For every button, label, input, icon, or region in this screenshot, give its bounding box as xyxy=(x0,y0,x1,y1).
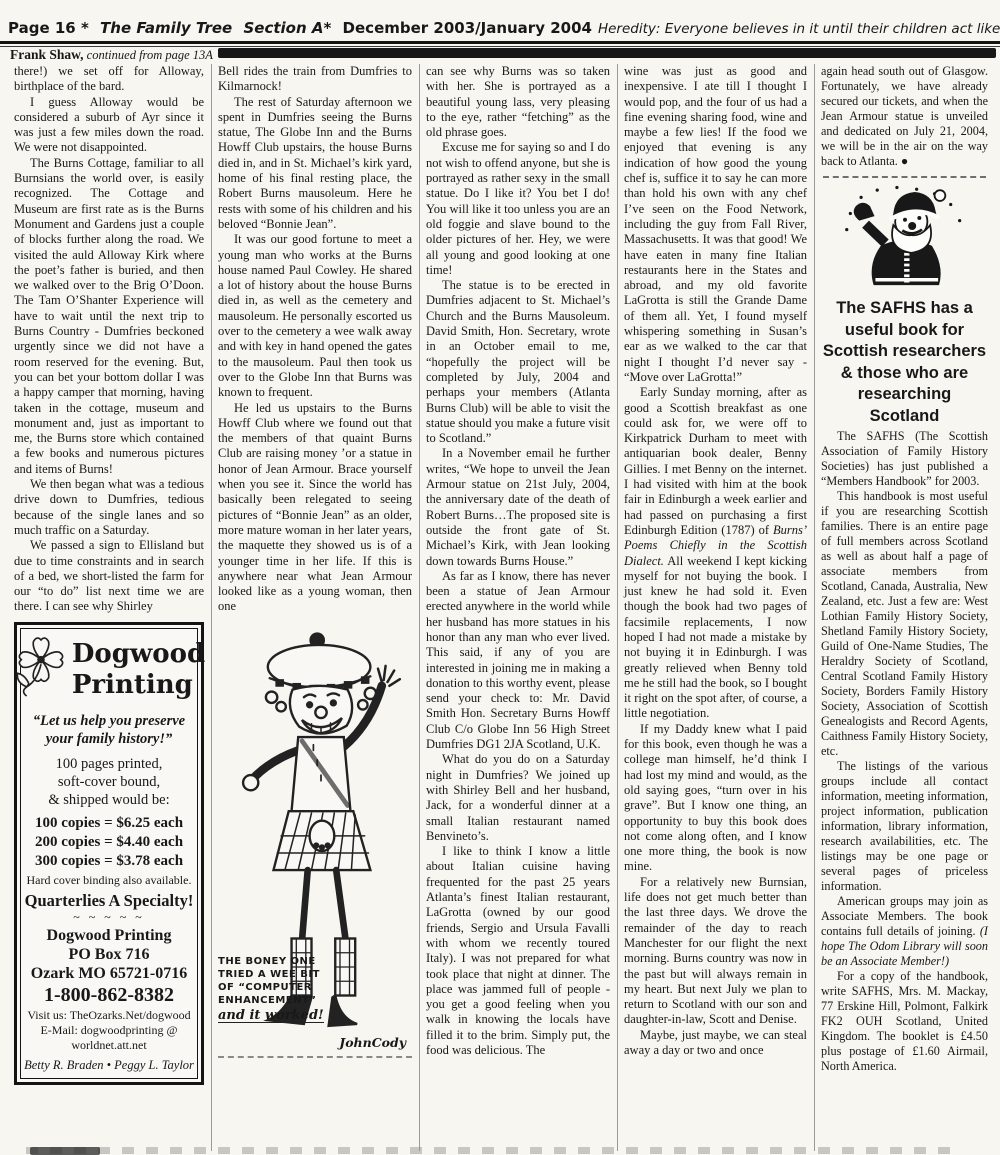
dogwood-printing-ad: Dogwood Printing “Let us help you preser… xyxy=(14,622,204,1086)
column-2: Bell rides the train from Dumfries to Ki… xyxy=(211,64,419,1151)
ad-price-row: 200 copies = $4.40 each xyxy=(24,833,194,852)
article-paragraph: As far as I know, there has never been a… xyxy=(426,569,610,753)
article-paragraph: Maybe, just maybe, we can steal away a d… xyxy=(624,1028,807,1059)
ad-hardcover-note: Hard cover binding also available. xyxy=(24,873,194,888)
ad-inner-border: Dogwood Printing “Let us help you preser… xyxy=(20,628,198,1080)
ad-email-line: E-Mail: dogwoodprinting @ xyxy=(24,1023,194,1038)
ad-tilde-divider: ~ ~ ~ ~ ~ xyxy=(24,910,194,925)
publication-name: The Family Tree xyxy=(100,19,232,37)
safhs-paragraph: American groups may join as Associate Me… xyxy=(821,894,988,969)
article-paragraph: It was our good fortune to meet a young … xyxy=(218,232,412,400)
masthead-rule-thick xyxy=(0,41,1000,44)
ad-offer: 100 pages printed, soft-cover bound, & s… xyxy=(24,755,194,809)
article-paragraph: Excuse me for saying so and I do not wis… xyxy=(426,140,610,278)
article-paragraph: He led us upstairs to the Burns Howff Cl… xyxy=(218,401,412,615)
ad-logo: Dogwood Printing xyxy=(24,635,194,705)
issue-date: December 2003/January 2004 xyxy=(343,19,592,37)
safhs-paragraph: For a copy of the handbook, write SAFHS,… xyxy=(821,969,988,1074)
safhs-paragraph: The listings of the various groups inclu… xyxy=(821,759,988,894)
ad-slogan: “Let us help you preserve your family hi… xyxy=(24,712,194,748)
article-paragraph: Bell rides the train from Dumfries to Ki… xyxy=(218,64,412,95)
ad-owners: Betty R. Braden • Peggy L. Taylor xyxy=(24,1058,194,1073)
article-paragraph: The Burns Cottage, familiar to all Burns… xyxy=(14,156,204,477)
article-columns: there!) we set off for Alloway, birthpla… xyxy=(8,64,995,1151)
article-paragraph: We then began what was a tedious drive d… xyxy=(14,477,204,538)
ad-email-line2: worldnet.att.net xyxy=(24,1038,194,1053)
article-paragraph: What do you do on a Saturday night in Du… xyxy=(426,752,610,844)
article-paragraph: The statue is to be erected in Dumfries … xyxy=(426,278,610,446)
ad-price-row: 100 copies = $6.25 each xyxy=(24,814,194,833)
article-paragraph: We passed a sign to Ellisland but due to… xyxy=(14,538,204,614)
ad-title: Dogwood Printing xyxy=(72,639,205,701)
page-number: Page 16 * xyxy=(8,19,89,37)
dogwood-flower-icon xyxy=(13,635,69,705)
column-4: wine was just as good and inexpensive. I… xyxy=(617,64,814,1151)
ad-price-list: 100 copies = $6.25 each 200 copies = $4.… xyxy=(24,814,194,871)
scan-artifact-band xyxy=(218,48,996,58)
article-paragraph: wine was just as good and inexpensive. I… xyxy=(624,64,807,385)
article-paragraph: I like to think I know a little about It… xyxy=(426,844,610,1058)
safhs-paragraph: This handbook is most useful if you are … xyxy=(821,489,988,759)
newspaper-page: Page 16 * The Family Tree Section A* Dec… xyxy=(0,0,1000,1155)
ad-specialty: Quarterlies A Specialty! xyxy=(24,893,194,908)
article-paragraph: If my Daddy knew what I paid for this bo… xyxy=(624,722,807,875)
byline-continued: continued from page 13A xyxy=(87,48,213,62)
page-header: Page 16 * The Family Tree Section A* Dec… xyxy=(0,0,1000,40)
safhs-paragraph: The SAFHS (The Scottish Association of F… xyxy=(821,429,988,489)
byline-author: Frank Shaw, xyxy=(10,47,84,62)
article-paragraph: In a November email he further writes, “… xyxy=(426,446,610,568)
santa-illustration xyxy=(821,183,988,295)
article-end-paragraph: again head south out of Glasgow. Fortuna… xyxy=(821,64,988,169)
byline: Frank Shaw, continued from page 13A xyxy=(10,47,213,63)
section-label: Section A* xyxy=(243,19,331,37)
highland-dancer-cartoon: THE BONEY ONE TRIED A WEE BIT OF “COMPUT… xyxy=(218,619,412,1055)
cartoon-caption: THE BONEY ONE TRIED A WEE BIT OF “COMPUT… xyxy=(218,955,348,1023)
ad-phone-number: 1-800-862-8382 xyxy=(24,988,194,1003)
masthead-left: Page 16 * The Family Tree Section A* Dec… xyxy=(8,19,598,37)
article-paragraph: For a relatively new Burnsian, life does… xyxy=(624,875,807,1028)
article-paragraph: can see why Burns was so taken with her.… xyxy=(426,64,610,140)
scan-smudge xyxy=(30,1147,100,1155)
dashed-divider xyxy=(823,176,986,178)
scan-noise-strip xyxy=(26,1147,960,1154)
column-5: again head south out of Glasgow. Fortuna… xyxy=(814,64,995,1151)
ad-address: Dogwood Printing PO Box 716 Ozark MO 657… xyxy=(24,926,194,983)
column-1: there!) we set off for Alloway, birthpla… xyxy=(8,64,211,1151)
article-paragraph: I guess Alloway would be considered a su… xyxy=(14,95,204,156)
ad-website-line: Visit us: TheOzarks.Net/dogwood E-Mail: … xyxy=(24,1008,194,1053)
cartoon-caption-script: and it worked! xyxy=(218,1009,324,1023)
article-paragraph: The rest of Saturday afternoon we spent … xyxy=(218,95,412,233)
column-3: can see why Burns was so taken with her.… xyxy=(419,64,617,1151)
safhs-heading: The SAFHS has a useful book for Scottish… xyxy=(821,298,988,427)
article-paragraph: Early Sunday morning, after as good a Sc… xyxy=(624,385,807,722)
masthead-tagline: Heredity: Everyone believes in it until … xyxy=(598,21,1000,37)
cartoonist-signature: JohnCody xyxy=(339,1035,406,1050)
ad-price-row: 300 copies = $3.78 each xyxy=(24,852,194,871)
article-paragraph: there!) we set off for Alloway, birthpla… xyxy=(14,64,204,95)
cartoon-ground-line xyxy=(218,1056,412,1058)
